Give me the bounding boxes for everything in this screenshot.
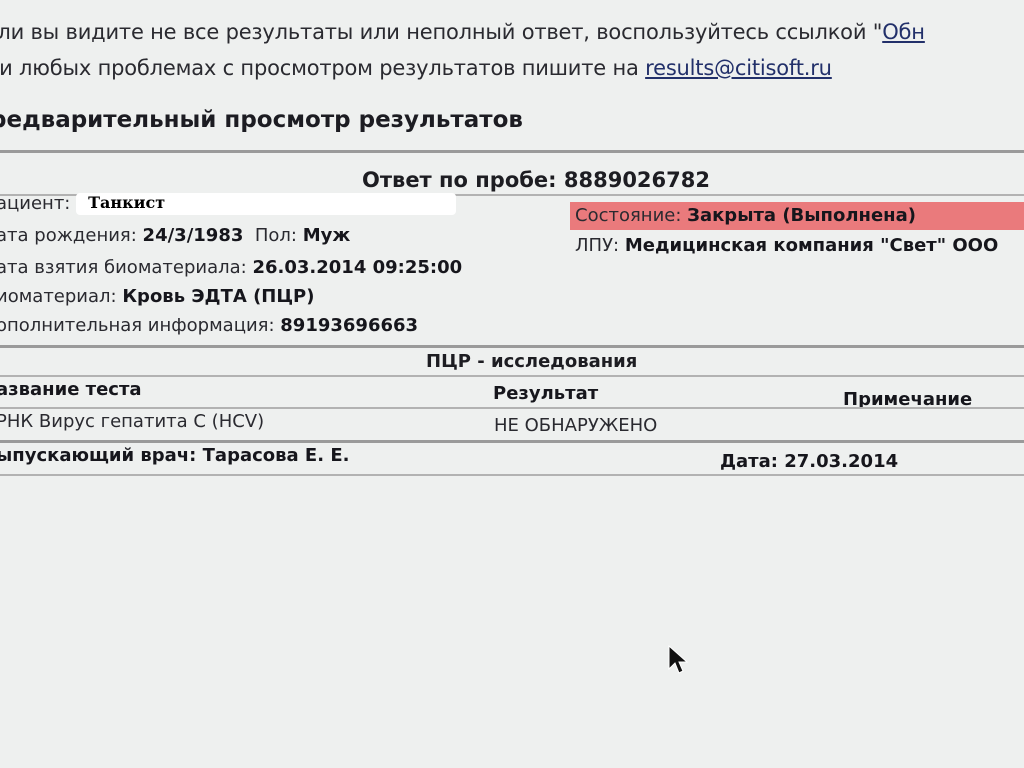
divider: [0, 407, 1024, 409]
table-row: РНК Вирус гепатита С (HCV): [0, 411, 264, 432]
sample-number: 8889026782: [564, 168, 710, 192]
table-header-result: Результат: [493, 383, 598, 404]
section-title: ПЦР - исследования: [426, 351, 637, 372]
table-header-test: азвание теста: [0, 379, 142, 400]
status-row: Состояние: Закрыта (Выполнена): [575, 205, 916, 226]
lpu-row: ЛПУ: Медицинская компания "Свет" ООО: [575, 235, 998, 256]
doctor-row: ыпускающий врач: Тарасова Е. Е.: [0, 445, 349, 466]
patient-row: ациент: Танкист: [0, 193, 456, 215]
date-row: Дата: 27.03.2014: [720, 451, 898, 472]
divider: [0, 474, 1024, 476]
divider: [0, 375, 1024, 377]
table-cell-result: НЕ ОБНАРУЖЕНО: [494, 415, 657, 436]
mouse-cursor-icon: [668, 645, 690, 677]
divider: [0, 150, 1024, 153]
extra-info-row: ополнительная информация: 89193696663: [0, 315, 418, 336]
answer-header: Ответ по пробе: 8889026782: [362, 168, 710, 192]
divider: [0, 440, 1024, 443]
email-link[interactable]: results@citisoft.ru: [645, 56, 832, 80]
notice-line-1: сли вы видите не все результаты или непо…: [0, 20, 925, 44]
biomaterial-row: иоматериал: Кровь ЭДТА (ПЦР): [0, 286, 314, 307]
divider: [0, 345, 1024, 348]
notice-line-2: ри любых проблемах с просмотром результа…: [0, 56, 832, 80]
patient-name-mask: Танкист: [76, 193, 456, 215]
page-title: редварительный просмотр результатов: [0, 107, 523, 133]
sample-date-row: ата взятия биоматериала: 26.03.2014 09:2…: [0, 257, 462, 278]
update-link[interactable]: Обн: [882, 20, 925, 44]
dob-row: ата рождения: 24/3/1983 Пол: Муж: [0, 225, 350, 246]
